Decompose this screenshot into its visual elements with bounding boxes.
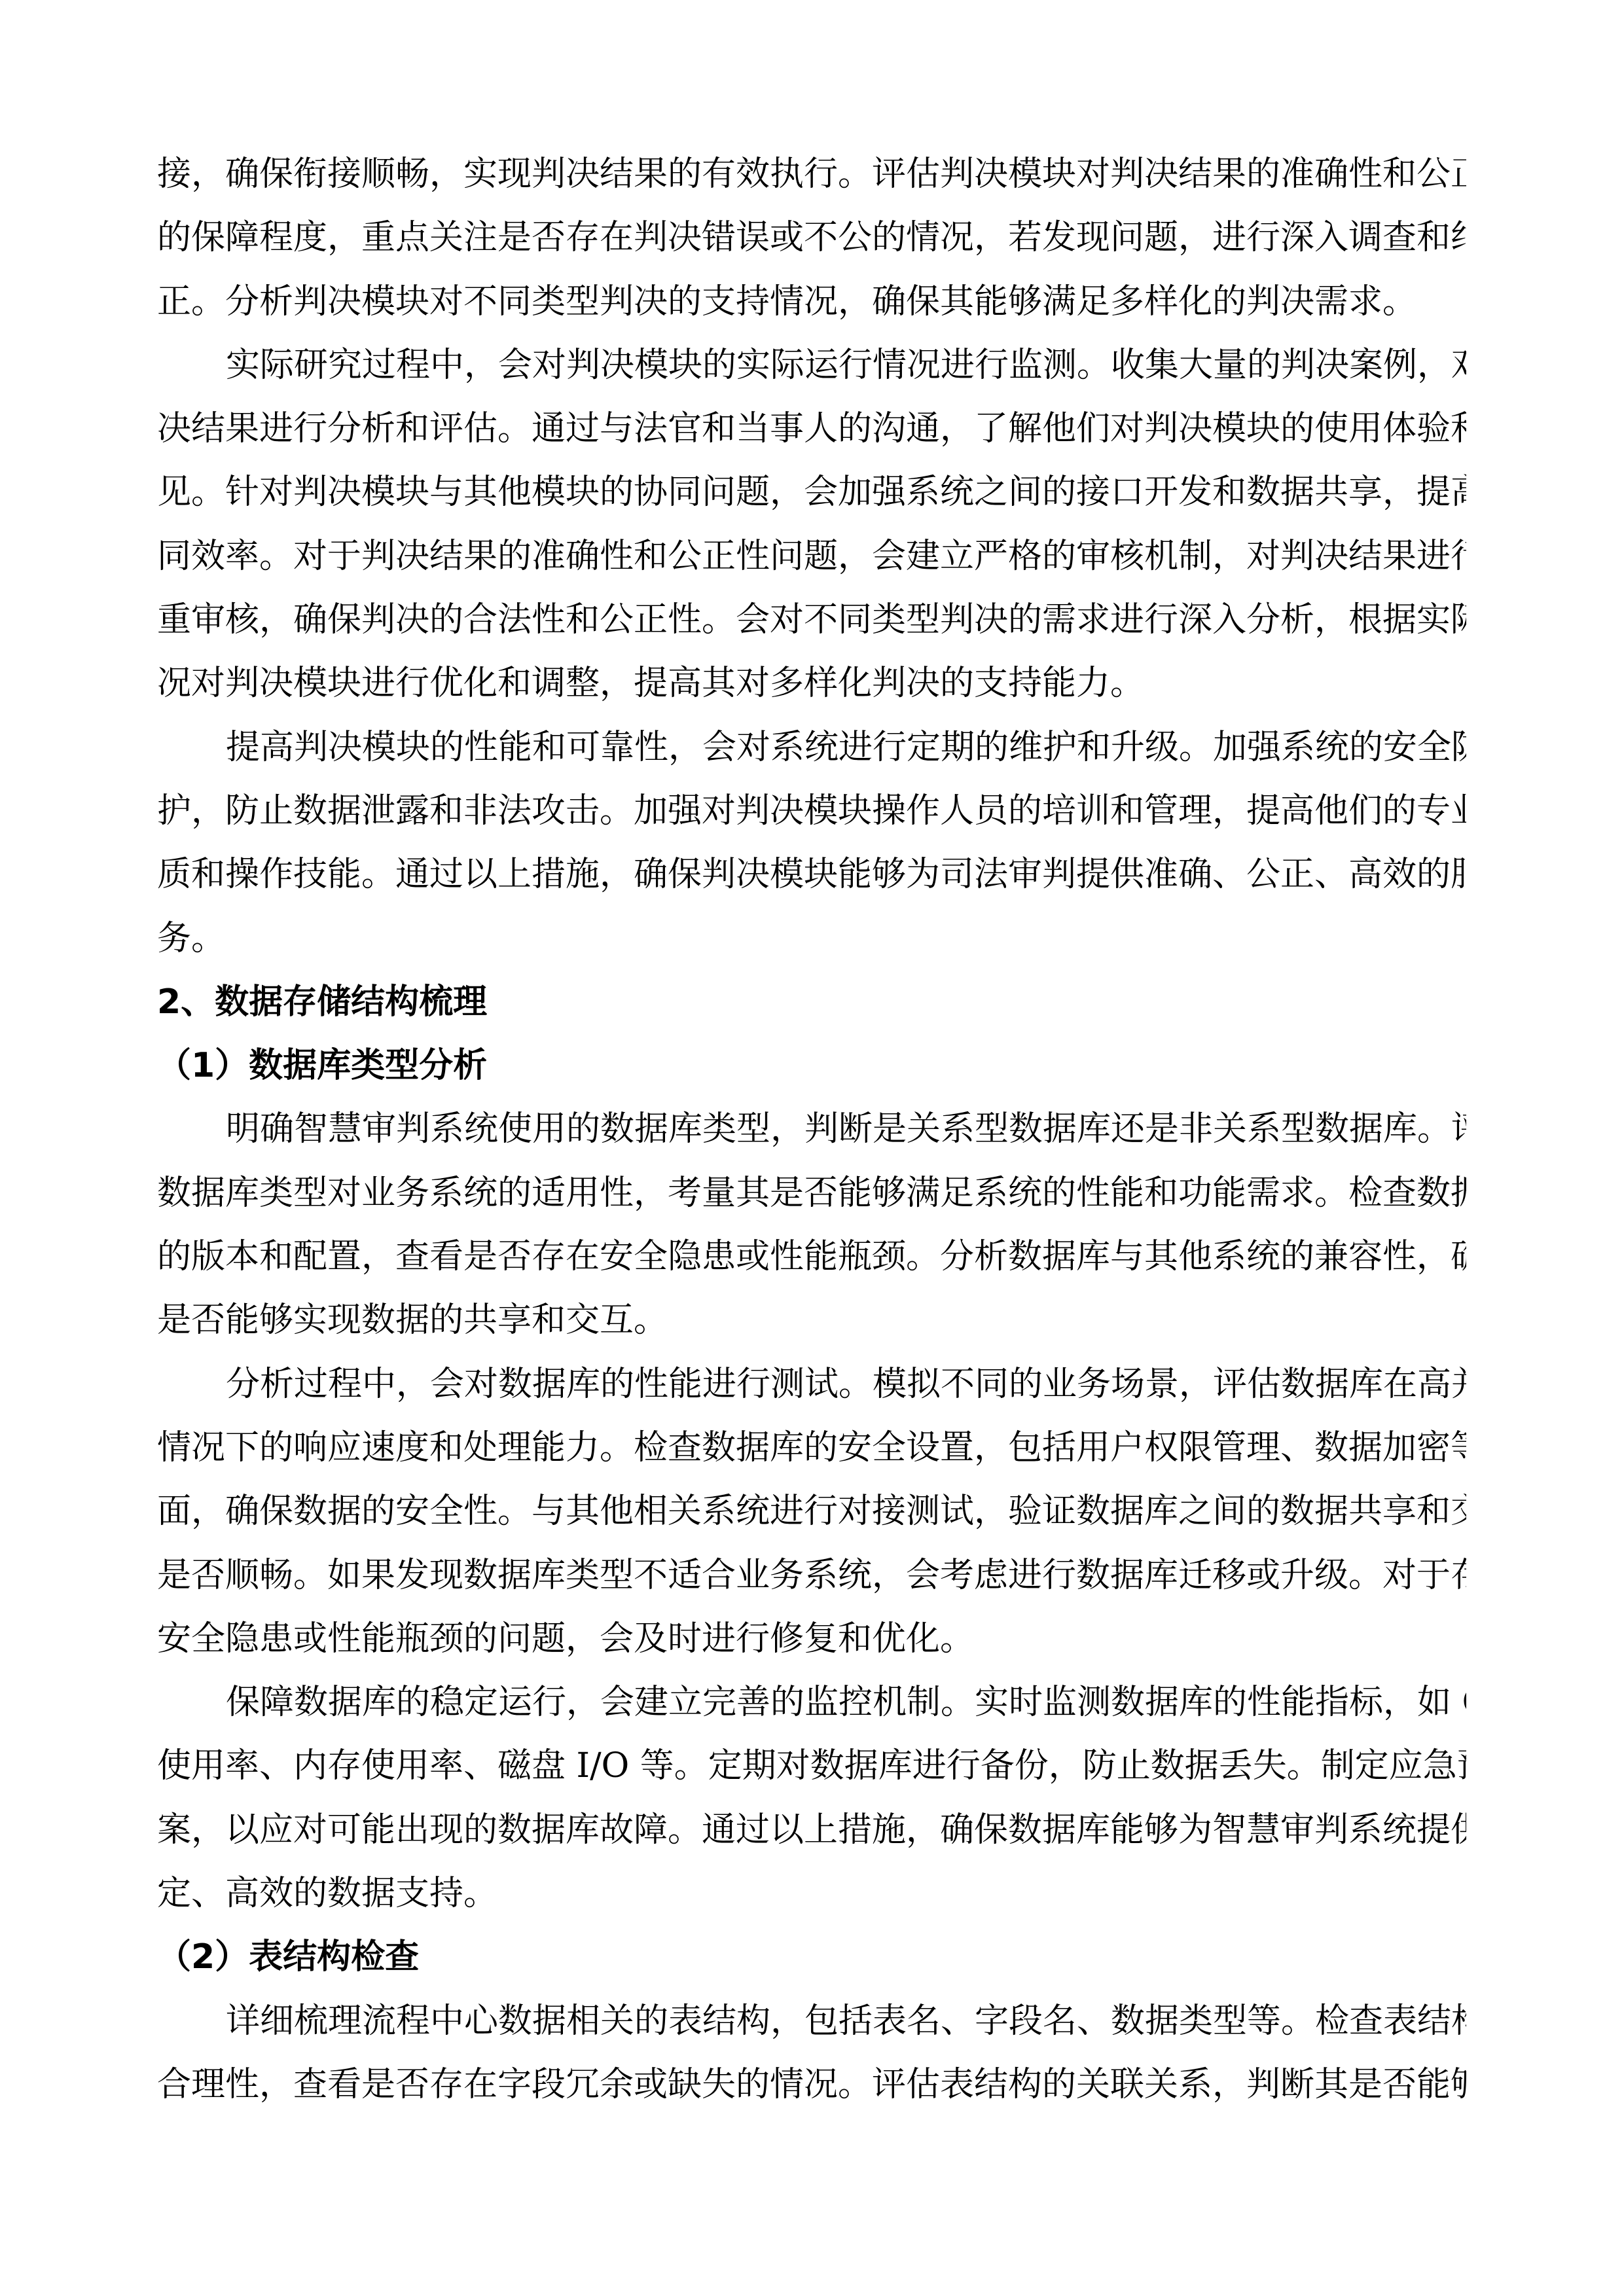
paragraph-database-type: 明确智慧审判系统使用的数据库类型，判断是关系型数据库还是非关系型数据库。评估 数… [157, 1098, 1466, 1352]
subsection-heading-table-structure: （2）表结构检查 [157, 1926, 1466, 1989]
text-line: 决结果进行分析和评估。通过与法官和当事人的沟通，了解他们对判决模块的使用体验和意 [157, 397, 1466, 461]
text-line: 护，防止数据泄露和非法攻击。加强对判决模块操作人员的培训和管理，提高他们的专业素 [157, 780, 1466, 843]
text-line: 重审核，确保判决的合法性和公正性。会对不同类型判决的需求进行深入分析，根据实际情 [157, 588, 1466, 652]
paragraph-monitoring-mechanism: 保障数据库的稳定运行，会建立完善的监控机制。实时监测数据库的性能指标，如 CPU… [157, 1671, 1466, 1926]
document-page: 接，确保衔接顺畅，实现判决结果的有效执行。评估判决模块对判决结果的准确性和公正性… [157, 143, 1466, 2117]
text-line: 实际研究过程中，会对判决模块的实际运行情况进行监测。收集大量的判决案例，对判 [157, 334, 1466, 397]
text-line: 是否能够实现数据的共享和交互。 [157, 1289, 1466, 1352]
text-line: 是否顺畅。如果发现数据库类型不适合业务系统，会考虑进行数据库迁移或升级。对于存在 [157, 1544, 1466, 1607]
subsection-heading-database-type: （1）数据库类型分析 [157, 1034, 1466, 1098]
text-line: 合理性，查看是否存在字段冗余或缺失的情况。评估表结构的关联关系，判断其是否能够准 [157, 2053, 1466, 2117]
text-line: 详细梳理流程中心数据相关的表结构，包括表名、字段名、数据类型等。检查表结构的 [157, 1990, 1466, 2053]
text-line: 的版本和配置，查看是否存在安全隐患或性能瓶颈。分析数据库与其他系统的兼容性，确定 [157, 1225, 1466, 1289]
text-line: 案，以应对可能出现的数据库故障。通过以上措施，确保数据库能够为智慧审判系统提供稳 [157, 1799, 1466, 1862]
text-line: 保障数据库的稳定运行，会建立完善的监控机制。实时监测数据库的性能指标，如 CPU [157, 1671, 1466, 1734]
text-line: 见。针对判决模块与其他模块的协同问题，会加强系统之间的接口开发和数据共享，提高协 [157, 461, 1466, 524]
text-line: 提高判决模块的性能和可靠性，会对系统进行定期的维护和升级。加强系统的安全防 [157, 716, 1466, 780]
text-line: 安全隐患或性能瓶颈的问题，会及时进行修复和优化。 [157, 1607, 1466, 1671]
text-line: 质和操作技能。通过以上措施，确保判决模块能够为司法审判提供准确、公正、高效的服 [157, 843, 1466, 906]
text-line: 的保障程度，重点关注是否存在判决错误或不公的情况，若发现问题，进行深入调查和纠 [157, 206, 1466, 270]
paragraph-maintenance: 提高判决模块的性能和可靠性，会对系统进行定期的维护和升级。加强系统的安全防 护，… [157, 716, 1466, 971]
text-line: 情况下的响应速度和处理能力。检查数据库的安全设置，包括用户权限管理、数据加密等方 [157, 1416, 1466, 1480]
section-heading-data-storage: 2、数据存储结构梳理 [157, 971, 1466, 1034]
text-line: 接，确保衔接顺畅，实现判决结果的有效执行。评估判决模块对判决结果的准确性和公正性 [157, 143, 1466, 206]
text-line: 定、高效的数据支持。 [157, 1862, 1466, 1926]
text-line: 同效率。对于判决结果的准确性和公正性问题，会建立严格的审核机制，对判决结果进行多 [157, 525, 1466, 588]
text-line: 况对判决模块进行优化和调整，提高其对多样化判决的支持能力。 [157, 652, 1466, 715]
text-line: 分析过程中，会对数据库的性能进行测试。模拟不同的业务场景，评估数据库在高并发 [157, 1353, 1466, 1416]
text-line: 务。 [157, 907, 1466, 971]
paragraph-judgment-execution: 接，确保衔接顺畅，实现判决结果的有效执行。评估判决模块对判决结果的准确性和公正性… [157, 143, 1466, 334]
text-line: 使用率、内存使用率、磁盘 I/O 等。定期对数据库进行备份，防止数据丢失。制定应… [157, 1734, 1466, 1798]
paragraph-monitoring: 实际研究过程中，会对判决模块的实际运行情况进行监测。收集大量的判决案例，对判 决… [157, 334, 1466, 716]
text-line: 明确智慧审判系统使用的数据库类型，判断是关系型数据库还是非关系型数据库。评估 [157, 1098, 1466, 1161]
paragraph-performance-testing: 分析过程中，会对数据库的性能进行测试。模拟不同的业务场景，评估数据库在高并发 情… [157, 1353, 1466, 1671]
text-line: 正。分析判决模块对不同类型判决的支持情况，确保其能够满足多样化的判决需求。 [157, 270, 1466, 334]
text-line: 数据库类型对业务系统的适用性，考量其是否能够满足系统的性能和功能需求。检查数据库 [157, 1162, 1466, 1225]
text-line: 面，确保数据的安全性。与其他相关系统进行对接测试，验证数据库之间的数据共享和交互 [157, 1480, 1466, 1543]
paragraph-table-structure: 详细梳理流程中心数据相关的表结构，包括表名、字段名、数据类型等。检查表结构的 合… [157, 1990, 1466, 2117]
